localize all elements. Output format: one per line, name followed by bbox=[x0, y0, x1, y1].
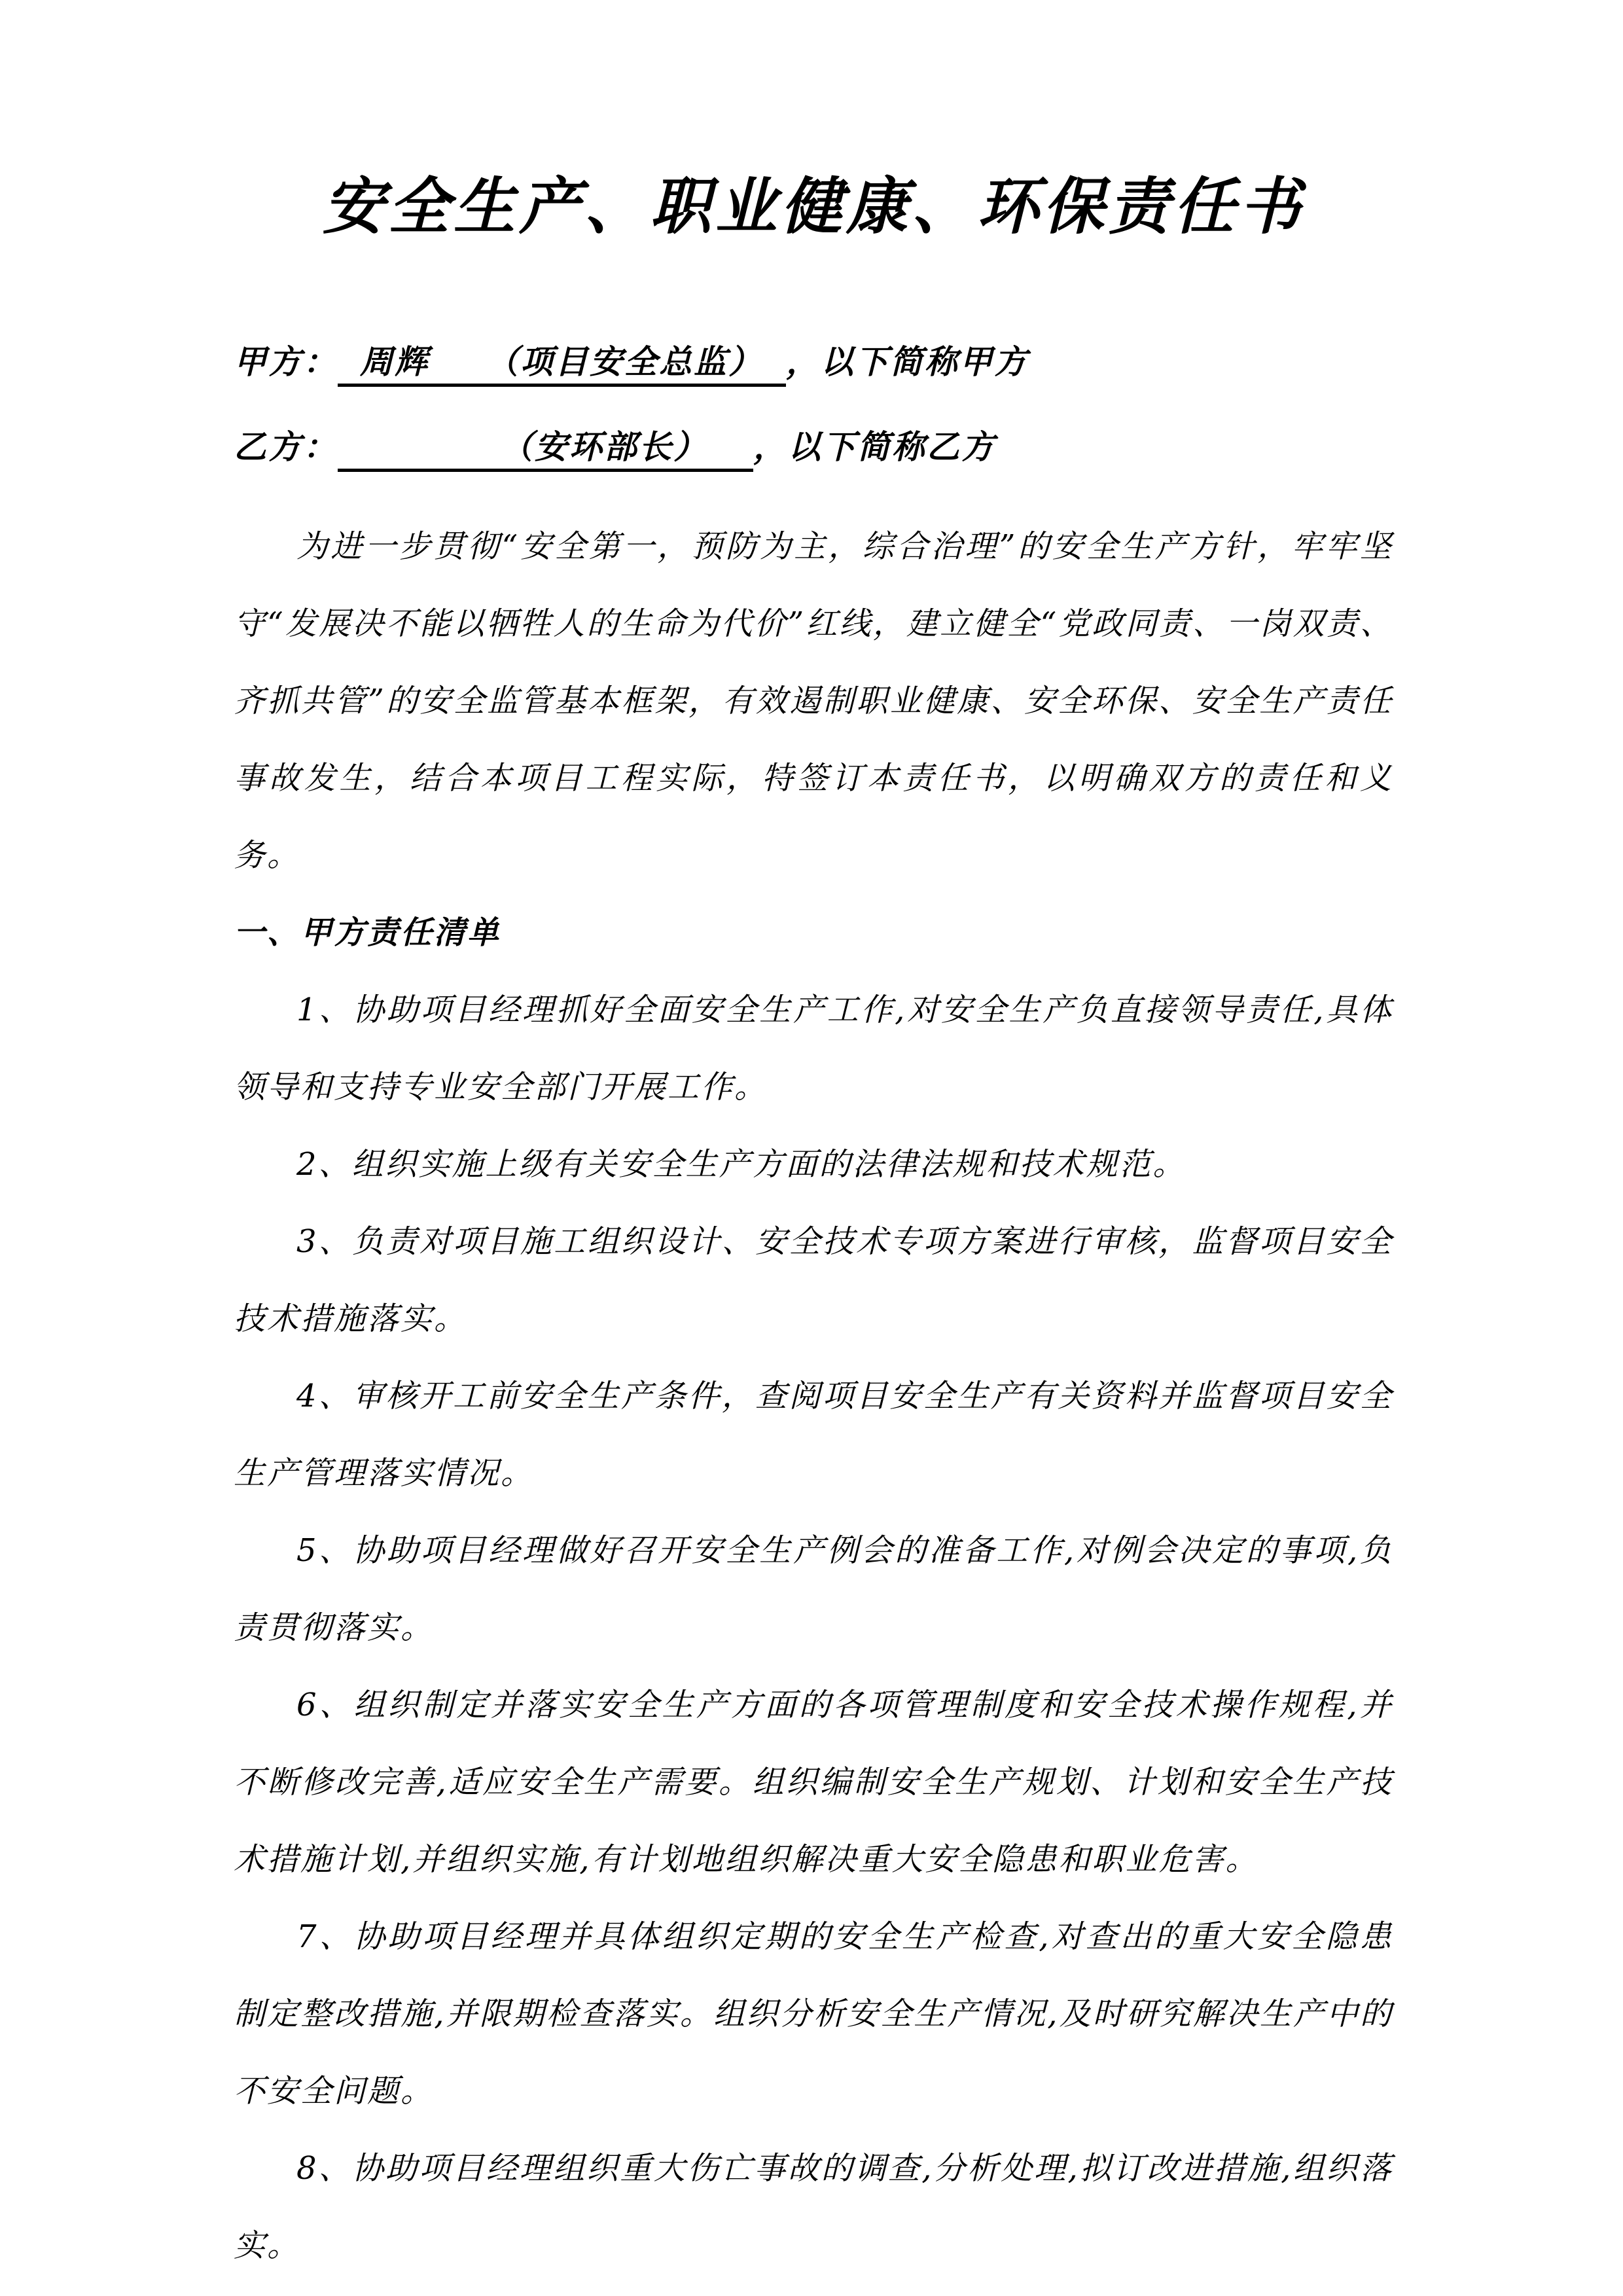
document-title: 安全生产、职业健康、环保责任书 bbox=[234, 169, 1393, 246]
section-heading-party-a-responsibilities: 一、甲方责任清单 bbox=[234, 894, 1393, 971]
parties-block: 甲方：周辉（项目安全总监），以下简称甲方 乙方：（安环部长），以下简称乙方 bbox=[234, 319, 1393, 490]
party-b-label: 乙方： bbox=[234, 427, 338, 466]
party-a-suffix: ，以下简称甲方 bbox=[786, 342, 1029, 381]
party-a-label: 甲方： bbox=[234, 342, 338, 381]
intro-paragraph: 为进一步贯彻“安全第一，预防为主，综合治理”的安全生产方针，牢牢坚守“发展决不能… bbox=[234, 508, 1393, 894]
document-body: 为进一步贯彻“安全第一，预防为主，综合治理”的安全生产方针，牢牢坚守“发展决不能… bbox=[234, 508, 1393, 2284]
responsibility-item-6: 6、组织制定并落实安全生产方面的各项管理制度和安全技术操作规程,并不断修改完善,… bbox=[234, 1666, 1393, 1898]
party-a-role: （项目安全总监） bbox=[486, 342, 763, 381]
party-a-blank-underline: 周辉（项目安全总监） bbox=[338, 344, 786, 387]
responsibility-item-7: 7、协助项目经理并具体组织定期的安全生产检查,对查出的重大安全隐患制定整改措施,… bbox=[234, 1898, 1393, 2130]
responsibility-item-3: 3、负责对项目施工组织设计、安全技术专项方案进行审核，监督项目安全技术措施落实。 bbox=[234, 1203, 1393, 1357]
document-page: 安全生产、职业健康、环保责任书 甲方：周辉（项目安全总监），以下简称甲方 乙方：… bbox=[0, 0, 1623, 2296]
party-b-suffix: ，以下简称乙方 bbox=[753, 427, 996, 466]
party-b-role: （安环部长） bbox=[500, 427, 708, 466]
responsibility-item-2: 2、组织实施上级有关安全生产方面的法律法规和技术规范。 bbox=[234, 1126, 1393, 1203]
party-a-name: 周辉 bbox=[360, 342, 429, 381]
responsibility-item-1: 1、协助项目经理抓好全面安全生产工作,对安全生产负直接领导责任,具体领导和支持专… bbox=[234, 971, 1393, 1126]
responsibility-item-4: 4、审核开工前安全生产条件，查阅项目安全生产有关资料并监督项目安全生产管理落实情… bbox=[234, 1357, 1393, 1512]
party-a-line: 甲方：周辉（项目安全总监），以下简称甲方 bbox=[234, 319, 1393, 404]
party-b-blank-underline: （安环部长） bbox=[338, 429, 753, 472]
responsibility-item-5: 5、协助项目经理做好召开安全生产例会的准备工作,对例会决定的事项,负责贯彻落实。 bbox=[234, 1512, 1393, 1666]
party-b-line: 乙方：（安环部长），以下简称乙方 bbox=[234, 404, 1393, 490]
responsibility-item-8: 8、协助项目经理组织重大伤亡事故的调查,分析处理,拟订改进措施,组织落实。 bbox=[234, 2130, 1393, 2284]
